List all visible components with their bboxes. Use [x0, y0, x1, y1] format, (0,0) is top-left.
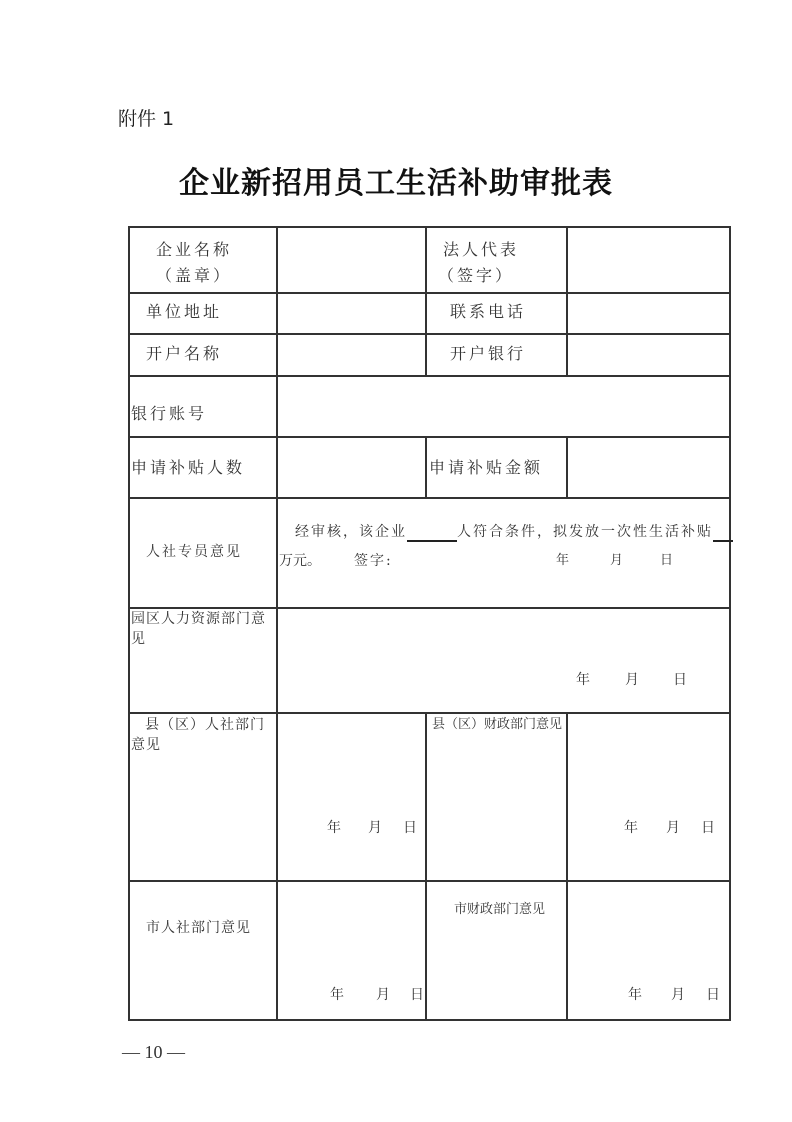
county-hr-label: 县（区）人社部门意见	[131, 715, 275, 755]
date-day: 日	[660, 551, 673, 571]
date-year: 年	[556, 551, 569, 571]
hr-officer-statement: 经审核，该企业人符合条件，拟发放一次性生活补贴	[295, 522, 733, 542]
city-hr-label: 市人社部门意见	[146, 918, 251, 938]
col-divider	[276, 226, 278, 1021]
statement-text: 经审核，该企业	[295, 524, 407, 540]
date-day: 日	[701, 818, 715, 838]
park-hr-opinion-field[interactable]	[280, 610, 727, 710]
row-divider	[128, 712, 731, 714]
company-name-field[interactable]	[280, 228, 423, 290]
row-divider	[128, 497, 731, 499]
date-day: 日	[706, 985, 720, 1005]
col-divider	[566, 226, 568, 375]
legal-rep-label: 法人代表	[443, 238, 519, 262]
city-finance-label: 市财政部门意见	[454, 900, 545, 920]
account-no-field[interactable]	[280, 377, 727, 434]
city-hr-opinion-field[interactable]	[280, 883, 423, 1017]
account-name-label: 开户名称	[146, 342, 222, 366]
account-no-label: 银行账号	[131, 402, 207, 426]
date-month: 月	[610, 551, 623, 571]
amount-field[interactable]	[570, 438, 727, 495]
date-day: 日	[410, 985, 424, 1005]
bank-label: 开户银行	[450, 342, 526, 366]
phone-field[interactable]	[570, 294, 727, 331]
people-count-blank[interactable]	[407, 524, 457, 542]
approval-form-table: 企业名称 （盖章） 法人代表 （签字） 单位地址 联系电话 开户名称 开户银行 …	[128, 226, 731, 1020]
account-name-field[interactable]	[280, 335, 423, 373]
address-label: 单位地址	[146, 300, 222, 324]
applicants-field[interactable]	[280, 438, 423, 495]
signature-label: 签字:	[354, 551, 393, 571]
col-divider	[425, 712, 427, 1020]
amount-blank[interactable]	[713, 524, 733, 542]
statement-text: 人符合条件，拟发放一次性生活补贴	[457, 524, 713, 540]
county-finance-opinion-field[interactable]	[570, 715, 727, 878]
date-year: 年	[576, 670, 590, 690]
table-border	[128, 1019, 731, 1021]
county-finance-label: 县（区）财政部门意见	[431, 715, 563, 735]
phone-label: 联系电话	[450, 300, 526, 324]
date-month: 月	[671, 985, 685, 1005]
amount-label: 申请补贴金额	[429, 456, 543, 480]
date-year: 年	[327, 818, 341, 838]
date-year: 年	[330, 985, 344, 1005]
legal-rep-note: （签字）	[438, 264, 514, 288]
page-number: — 10 —	[122, 1042, 185, 1063]
date-month: 月	[376, 985, 390, 1005]
date-month: 月	[625, 670, 639, 690]
col-divider	[566, 712, 568, 1020]
address-field[interactable]	[280, 294, 423, 331]
hr-officer-label: 人社专员意见	[146, 542, 242, 562]
attachment-label: 附件 1	[118, 104, 174, 131]
page-title: 企业新招用员工生活补助审批表	[0, 158, 792, 202]
date-month: 月	[368, 818, 382, 838]
city-finance-opinion-field[interactable]	[570, 883, 727, 1017]
col-divider	[425, 436, 427, 497]
company-name-label: 企业名称	[156, 238, 232, 262]
park-hr-label: 园区人力资源部门意见	[131, 609, 275, 649]
date-day: 日	[673, 670, 687, 690]
unit-text: 万元。	[279, 551, 321, 571]
legal-rep-signature-field[interactable]	[570, 228, 727, 290]
date-month: 月	[666, 818, 680, 838]
applicants-label: 申请补贴人数	[131, 456, 245, 480]
col-divider	[425, 226, 427, 375]
date-year: 年	[624, 818, 638, 838]
bank-field[interactable]	[570, 335, 727, 373]
company-name-note: （盖章）	[156, 264, 232, 288]
date-day: 日	[403, 818, 417, 838]
row-divider	[128, 880, 731, 882]
table-border	[729, 226, 731, 1021]
date-year: 年	[628, 985, 642, 1005]
table-border	[128, 226, 130, 1021]
county-hr-opinion-field[interactable]	[280, 715, 423, 878]
col-divider	[566, 436, 568, 497]
